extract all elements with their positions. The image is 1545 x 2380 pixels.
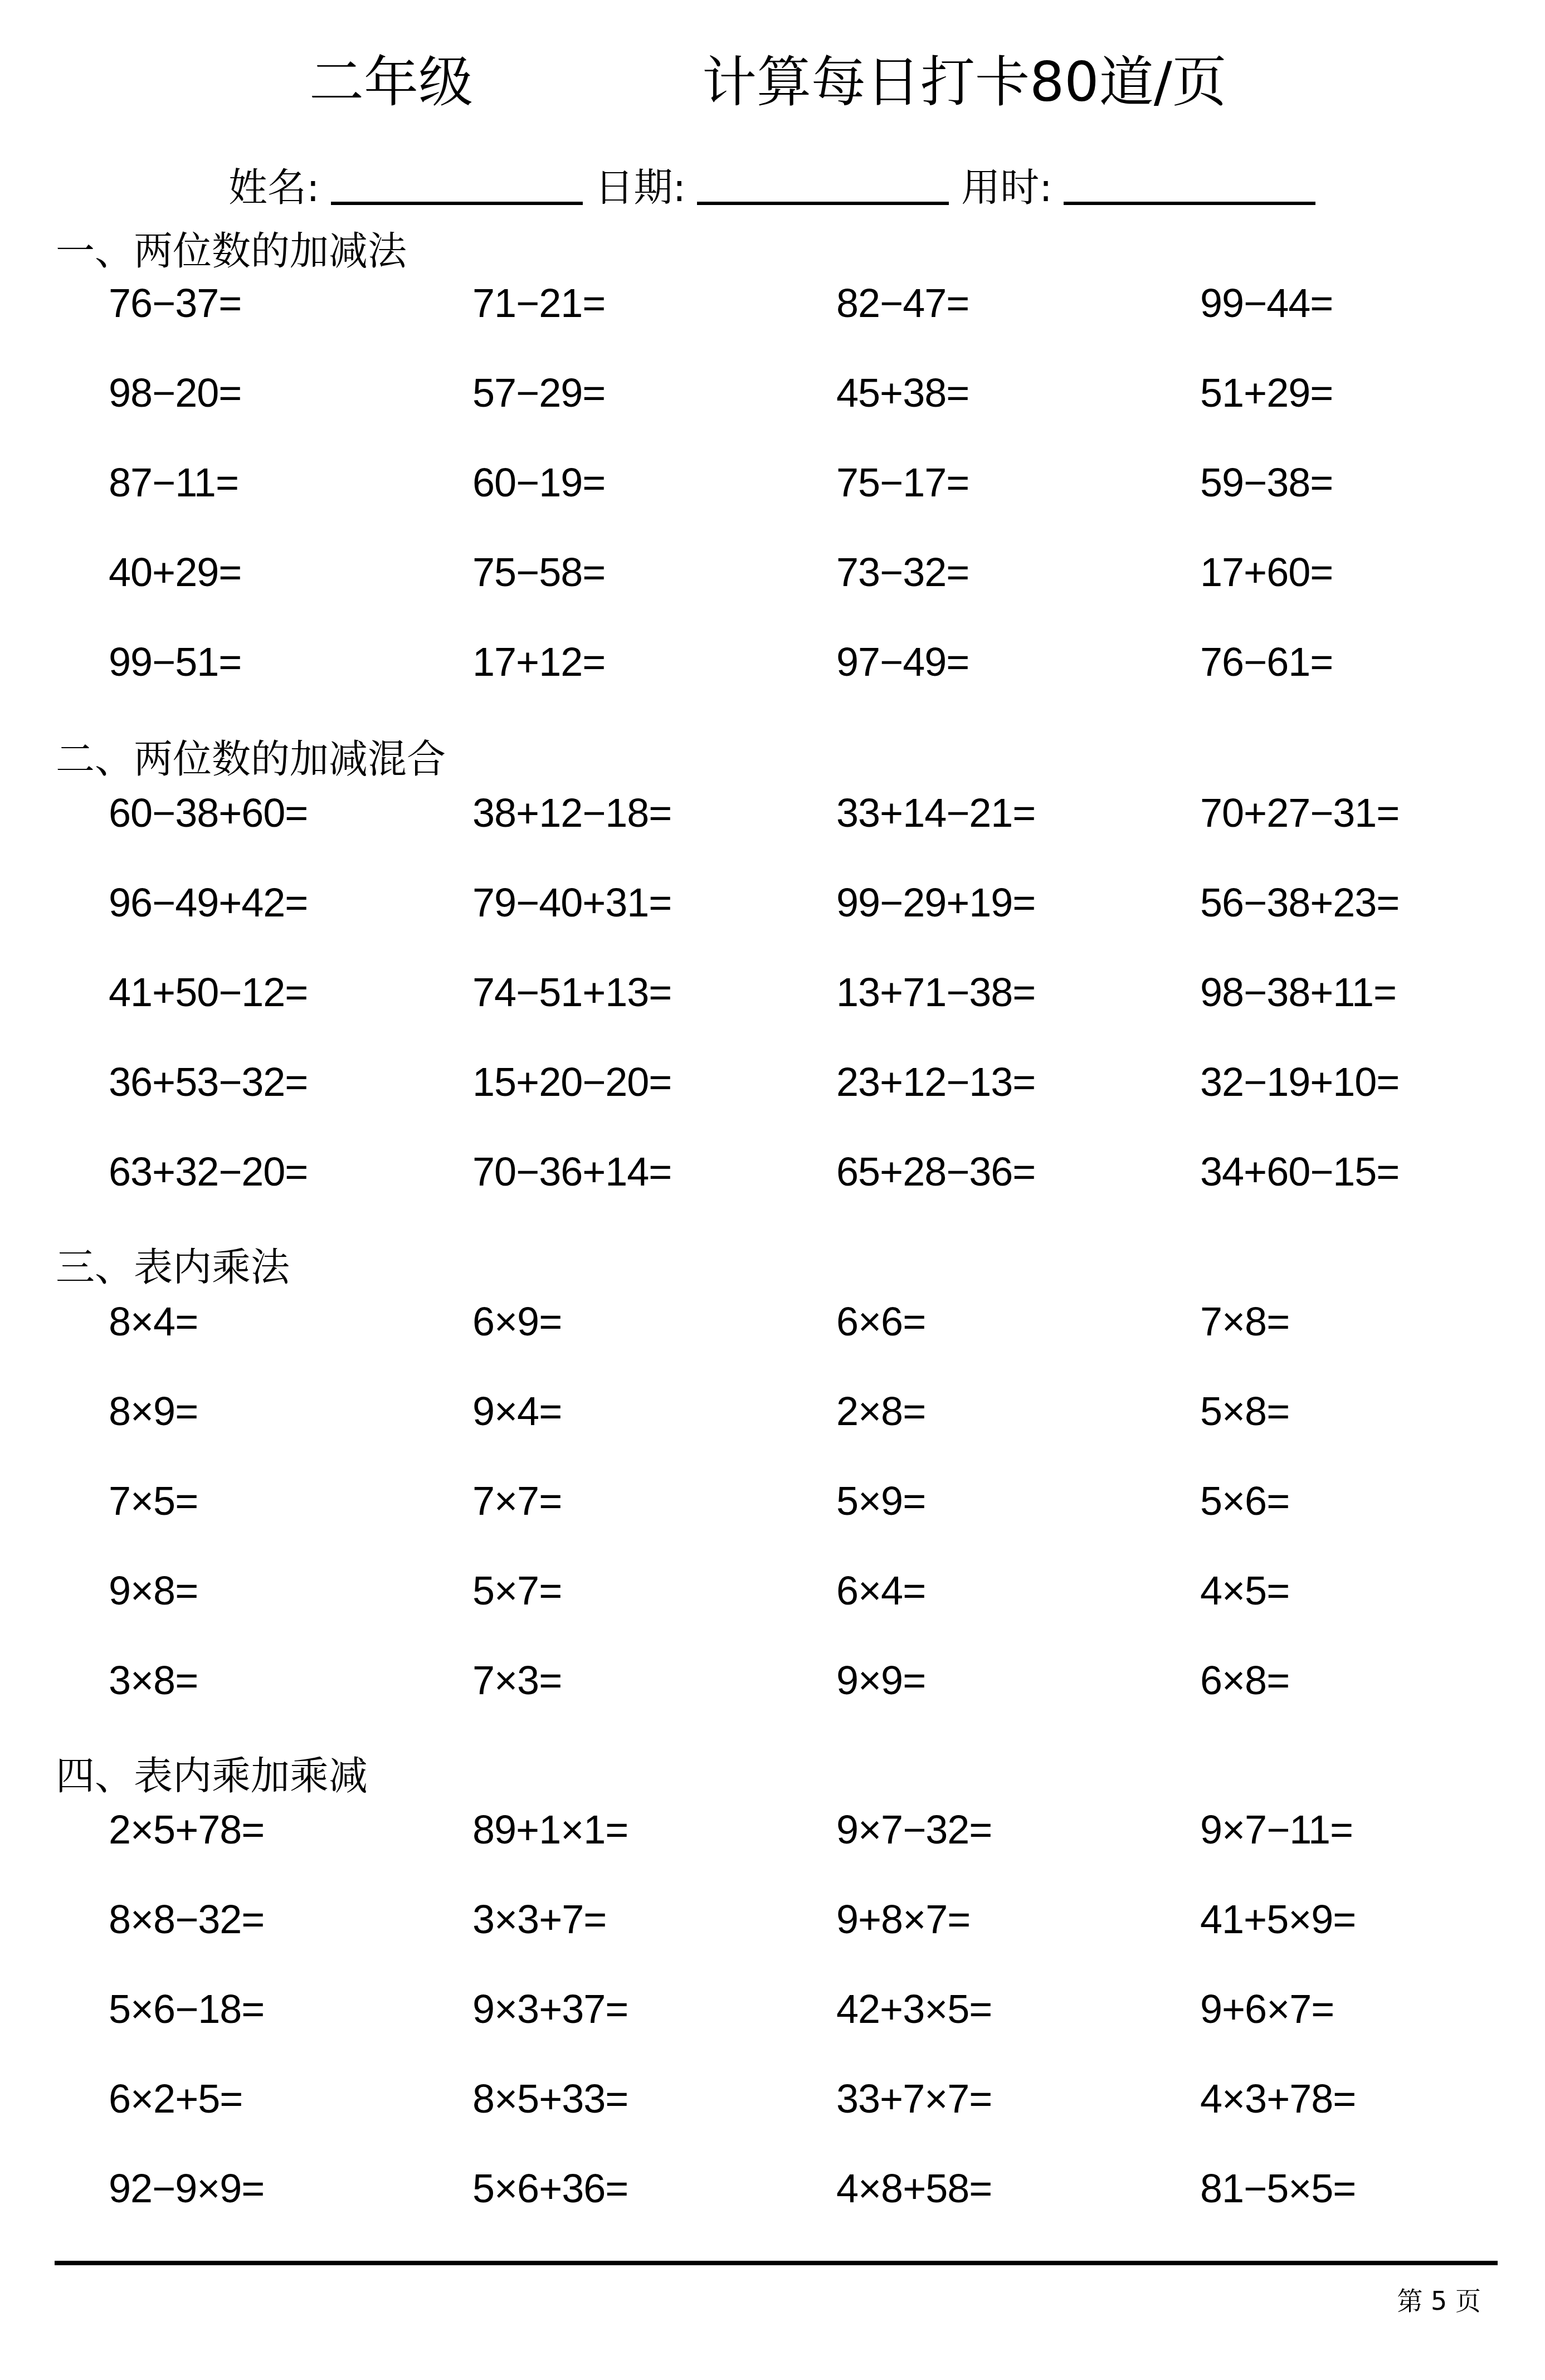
- time-blank[interactable]: [1064, 166, 1315, 205]
- name-field: 姓名:: [228, 163, 583, 213]
- section-heading-4: 四、表内乘加乘减: [56, 1751, 368, 1801]
- problem: 33+14−21=: [836, 788, 1035, 838]
- problem: 17+60=: [1200, 548, 1333, 598]
- date-field: 日期:: [595, 163, 949, 213]
- problem: 7×5=: [109, 1476, 198, 1526]
- problem-row: 98−20= 57−29= 45+38= 51+29=: [0, 368, 1545, 458]
- problem: 70+27−31=: [1200, 788, 1399, 838]
- problem: 2×5+78=: [109, 1805, 264, 1855]
- problem: 36+53−32=: [109, 1057, 308, 1108]
- problem: 4×3+78=: [1200, 2074, 1356, 2124]
- name-blank[interactable]: [331, 166, 583, 205]
- problem: 38+12−18=: [472, 788, 671, 838]
- problem: 57−29=: [472, 368, 605, 418]
- problem: 98−38+11=: [1200, 968, 1396, 1018]
- problem: 73−32=: [836, 548, 969, 598]
- footer-divider: [55, 2261, 1498, 2265]
- section-heading-3: 三、表内乘法: [56, 1242, 290, 1293]
- problem-row: 87−11= 60−19= 75−17= 59−38=: [0, 458, 1545, 548]
- problem-row: 40+29= 75−58= 73−32= 17+60=: [0, 548, 1545, 637]
- problem: 8×4=: [109, 1297, 198, 1347]
- problem: 59−38=: [1200, 458, 1333, 508]
- problem: 87−11=: [109, 458, 238, 508]
- problem: 3×3+7=: [472, 1895, 606, 1945]
- problem: 33+7×7=: [836, 2074, 992, 2124]
- problem: 82−47=: [836, 279, 969, 329]
- problem: 8×5+33=: [472, 2074, 628, 2124]
- problem-row: 5×6−18= 9×3+37= 42+3×5= 9+6×7=: [0, 1984, 1545, 2074]
- problem: 9+6×7=: [1200, 1984, 1334, 2035]
- problem: 8×8−32=: [109, 1895, 264, 1945]
- problem: 41+50−12=: [109, 968, 308, 1018]
- problem-row: 9×8= 5×7= 6×4= 4×5=: [0, 1566, 1545, 1656]
- problem: 42+3×5=: [836, 1984, 992, 2035]
- problem-row: 60−38+60= 38+12−18= 33+14−21= 70+27−31=: [0, 788, 1545, 878]
- problem: 17+12=: [472, 637, 605, 687]
- problem: 23+12−13=: [836, 1057, 1035, 1108]
- worksheet-main-title: 计算每日打卡80道/页: [702, 49, 1227, 116]
- name-label: 姓名:: [228, 163, 320, 213]
- worksheet-title: 二年级 计算每日打卡80道/页: [0, 49, 1545, 116]
- problem: 99−29+19=: [836, 878, 1035, 928]
- problem: 75−58=: [472, 548, 605, 598]
- date-blank[interactable]: [697, 166, 949, 205]
- grade-label: 二年级: [309, 49, 473, 116]
- problem-row: 63+32−20= 70−36+14= 65+28−36= 34+60−15=: [0, 1147, 1545, 1237]
- problem-row: 36+53−32= 15+20−20= 23+12−13= 32−19+10=: [0, 1057, 1545, 1147]
- problem: 4×8+58=: [836, 2164, 992, 2214]
- problem: 13+71−38=: [836, 968, 1035, 1018]
- problem: 74−51+13=: [472, 968, 671, 1018]
- problem-row: 6×2+5= 8×5+33= 33+7×7= 4×3+78=: [0, 2074, 1545, 2164]
- problem: 9×7−11=: [1200, 1805, 1353, 1855]
- problem: 6×8=: [1200, 1656, 1289, 1706]
- page-number: 第 5 页: [1397, 2284, 1481, 2318]
- problem: 75−17=: [836, 458, 969, 508]
- problem: 99−44=: [1200, 279, 1333, 329]
- problem: 5×6+36=: [472, 2164, 628, 2214]
- problem-row: 7×5= 7×7= 5×9= 5×6=: [0, 1476, 1545, 1566]
- problem: 60−38+60=: [109, 788, 308, 838]
- problem: 76−61=: [1200, 637, 1333, 687]
- problem: 6×2+5=: [109, 2074, 242, 2124]
- problem: 40+29=: [109, 548, 241, 598]
- problem: 5×9=: [836, 1476, 925, 1526]
- problem: 51+29=: [1200, 368, 1333, 418]
- section-3-problems: 8×4= 6×9= 6×6= 7×8= 8×9= 9×4= 2×8= 5×8= …: [0, 1297, 1545, 1745]
- problem: 89+1×1=: [472, 1805, 628, 1855]
- problem: 56−38+23=: [1200, 878, 1399, 928]
- problem-row: 3×8= 7×3= 9×9= 6×8=: [0, 1656, 1545, 1745]
- problem: 6×9=: [472, 1297, 562, 1347]
- problem: 8×9=: [109, 1387, 198, 1437]
- problem: 60−19=: [472, 458, 605, 508]
- section-4-problems: 2×5+78= 89+1×1= 9×7−32= 9×7−11= 8×8−32= …: [0, 1805, 1545, 2254]
- problem: 70−36+14=: [472, 1147, 671, 1197]
- problem-row: 99−51= 17+12= 97−49= 76−61=: [0, 637, 1545, 727]
- problem: 7×3=: [472, 1656, 562, 1706]
- student-info-row: 姓名: 日期: 用时:: [228, 163, 1328, 213]
- problem: 4×5=: [1200, 1566, 1289, 1616]
- time-field: 用时:: [961, 163, 1315, 213]
- problem: 71−21=: [472, 279, 605, 329]
- problem-row: 41+50−12= 74−51+13= 13+71−38= 98−38+11=: [0, 968, 1545, 1057]
- problem: 5×6−18=: [109, 1984, 264, 2035]
- time-label: 用时:: [961, 163, 1052, 213]
- section-2-problems: 60−38+60= 38+12−18= 33+14−21= 70+27−31= …: [0, 788, 1545, 1237]
- problem: 76−37=: [109, 279, 241, 329]
- date-label: 日期:: [595, 163, 686, 213]
- problem: 9+8×7=: [836, 1895, 970, 1945]
- problem: 97−49=: [836, 637, 969, 687]
- problem: 99−51=: [109, 637, 241, 687]
- problem: 7×7=: [472, 1476, 562, 1526]
- section-heading-1: 一、两位数的加减法: [56, 226, 407, 276]
- problem: 3×8=: [109, 1656, 198, 1706]
- problem: 2×8=: [836, 1387, 925, 1437]
- problem: 79−40+31=: [472, 878, 671, 928]
- problem: 5×6=: [1200, 1476, 1289, 1526]
- problem: 63+32−20=: [109, 1147, 308, 1197]
- problem: 65+28−36=: [836, 1147, 1035, 1197]
- problem: 9×8=: [109, 1566, 198, 1616]
- problem: 9×3+37=: [472, 1984, 628, 2035]
- problem: 9×7−32=: [836, 1805, 992, 1855]
- problem-row: 96−49+42= 79−40+31= 99−29+19= 56−38+23=: [0, 878, 1545, 968]
- problem-row: 8×8−32= 3×3+7= 9+8×7= 41+5×9=: [0, 1895, 1545, 1984]
- problem: 45+38=: [836, 368, 969, 418]
- problem: 34+60−15=: [1200, 1147, 1399, 1197]
- problem-row: 76−37= 71−21= 82−47= 99−44=: [0, 279, 1545, 368]
- problem: 15+20−20=: [472, 1057, 671, 1108]
- problem: 81−5×5=: [1200, 2164, 1356, 2214]
- problem: 5×7=: [472, 1566, 562, 1616]
- problem: 5×8=: [1200, 1387, 1289, 1437]
- problem-row: 8×9= 9×4= 2×8= 5×8=: [0, 1387, 1545, 1476]
- problem: 6×6=: [836, 1297, 925, 1347]
- problem: 6×4=: [836, 1566, 925, 1616]
- problem: 32−19+10=: [1200, 1057, 1399, 1108]
- problem-row: 2×5+78= 89+1×1= 9×7−32= 9×7−11=: [0, 1805, 1545, 1895]
- problem: 41+5×9=: [1200, 1895, 1356, 1945]
- problem: 98−20=: [109, 368, 241, 418]
- problem: 92−9×9=: [109, 2164, 264, 2214]
- section-heading-2: 二、两位数的加减混合: [56, 734, 446, 784]
- problem: 9×9=: [836, 1656, 925, 1706]
- problem: 7×8=: [1200, 1297, 1289, 1347]
- section-1-problems: 76−37= 71−21= 82−47= 99−44= 98−20= 57−29…: [0, 279, 1545, 727]
- problem: 96−49+42=: [109, 878, 308, 928]
- problem: 9×4=: [472, 1387, 562, 1437]
- problem-row: 92−9×9= 5×6+36= 4×8+58= 81−5×5=: [0, 2164, 1545, 2254]
- problem-row: 8×4= 6×9= 6×6= 7×8=: [0, 1297, 1545, 1387]
